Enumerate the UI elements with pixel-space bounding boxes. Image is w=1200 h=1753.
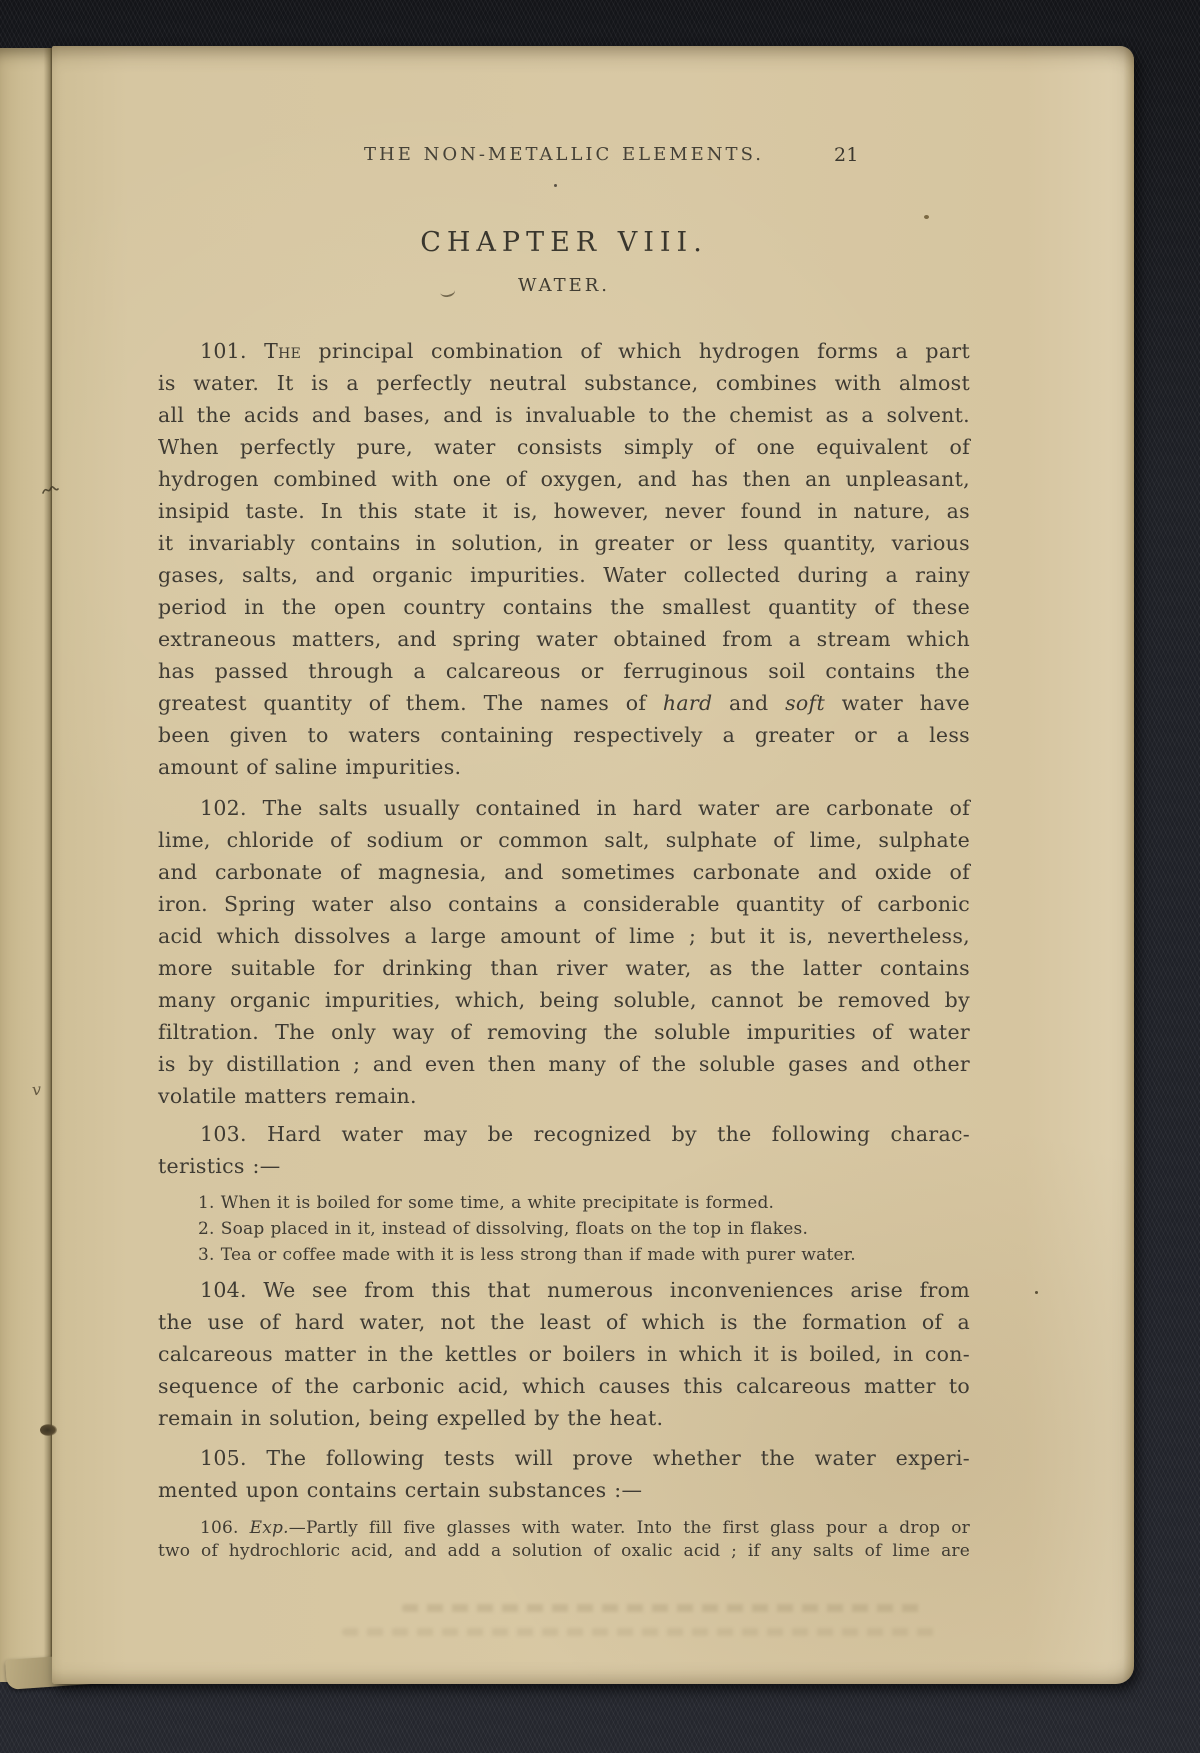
text-line: lime, chloride of sodium or common salt,… bbox=[158, 824, 970, 856]
text-line: sequence of the carbonic acid, which cau… bbox=[158, 1370, 970, 1402]
text-line: acid which dissolves a large amount of l… bbox=[158, 920, 970, 952]
page-header: THE NON-METALLIC ELEMENTS. 21 bbox=[158, 143, 970, 167]
text-line: all the acids and bases, and is invaluab… bbox=[158, 399, 970, 431]
text-line: 104. We see from this that numerous inco… bbox=[158, 1274, 970, 1306]
ink-showthrough-smudge bbox=[402, 1604, 922, 1612]
ink-showthrough-smudge bbox=[342, 1628, 942, 1636]
text-line: gases, salts, and organic impurities. Wa… bbox=[158, 559, 970, 591]
paragraph-101: 101. The principal combination of which … bbox=[158, 335, 970, 783]
text-line: two of hydrochloric acid, and add a solu… bbox=[158, 1540, 970, 1563]
paragraph-103: 103. Hard water may be recognized by the… bbox=[158, 1118, 970, 1182]
text-line: it invariably contains in solution, in g… bbox=[158, 527, 970, 559]
text-line: calcareous matter in the kettles or boil… bbox=[158, 1338, 970, 1370]
hard-water-characteristics-list: 1. When it is boiled for some time, a wh… bbox=[158, 1190, 970, 1268]
text-line: amount of saline impurities. bbox=[158, 751, 970, 783]
text-line: filtration. The only way of removing the… bbox=[158, 1016, 970, 1048]
text-line: hydrogen combined with one of oxygen, an… bbox=[158, 463, 970, 495]
paragraph-104: 104. We see from this that numerous inco… bbox=[158, 1274, 970, 1434]
text-line: greatest quantity of them. The names of … bbox=[158, 687, 970, 719]
text-line: 2. Soap placed in it, instead of dissolv… bbox=[198, 1216, 970, 1242]
paragraph-102: 102. The salts usually contained in hard… bbox=[158, 792, 970, 1112]
text-line: 103. Hard water may be recognized by the… bbox=[158, 1118, 970, 1150]
chapter-subtitle: WATER. bbox=[158, 276, 970, 296]
text-line: the use of hard water, not the least of … bbox=[158, 1306, 970, 1338]
text-line: 102. The salts usually contained in hard… bbox=[158, 792, 970, 824]
text-line: many organic impurities, which, being so… bbox=[158, 984, 970, 1016]
text-line: is water. It is a perfectly neutral subs… bbox=[158, 367, 970, 399]
text-line: 1. When it is boiled for some time, a wh… bbox=[198, 1190, 970, 1216]
text-line: 106. Exp.—Partly fill five glasses with … bbox=[158, 1517, 970, 1540]
text-line: more suitable for drinking than river wa… bbox=[158, 952, 970, 984]
text-line: and carbonate of magnesia, and sometimes… bbox=[158, 856, 970, 888]
book-page: THE NON-METALLIC ELEMENTS. 21 CHAPTER VI… bbox=[52, 46, 1134, 1684]
text-line: extraneous matters, and spring water obt… bbox=[158, 623, 970, 655]
page-number: 21 bbox=[834, 143, 859, 167]
text-line: When perfectly pure, water consists simp… bbox=[158, 431, 970, 463]
chapter-heading: CHAPTER VIII. bbox=[158, 228, 970, 258]
paragraph-106-experiment: 106. Exp.—Partly fill five glasses with … bbox=[158, 1517, 970, 1563]
text-line: iron. Spring water also contains a consi… bbox=[158, 888, 970, 920]
text-line: period in the open country contains the … bbox=[158, 591, 970, 623]
text-line: been given to waters containing respecti… bbox=[158, 719, 970, 751]
text-line: 105. The following tests will prove whet… bbox=[158, 1442, 970, 1474]
text-line: remain in solution, being expelled by th… bbox=[158, 1402, 970, 1434]
text-line: 3. Tea or coffee made with it is less st… bbox=[198, 1242, 970, 1268]
facing-page-edge bbox=[0, 48, 52, 1682]
text-line: 101. The principal combination of which … bbox=[158, 335, 970, 367]
text-line: volatile matters remain. bbox=[158, 1080, 970, 1112]
paragraph-105: 105. The following tests will prove whet… bbox=[158, 1442, 970, 1506]
text-line: has passed through a calcareous or ferru… bbox=[158, 655, 970, 687]
text-line: is by distillation ; and even then many … bbox=[158, 1048, 970, 1080]
text-line: mented upon contains certain substances … bbox=[158, 1474, 970, 1506]
scanned-book-photograph: { "header": { "running_head": "THE NON-M… bbox=[0, 0, 1200, 1753]
text-line: teristics :— bbox=[158, 1150, 970, 1182]
text-block: THE NON-METALLIC ELEMENTS. 21 CHAPTER VI… bbox=[158, 46, 970, 1563]
text-line: insipid taste. In this state it is, howe… bbox=[158, 495, 970, 527]
